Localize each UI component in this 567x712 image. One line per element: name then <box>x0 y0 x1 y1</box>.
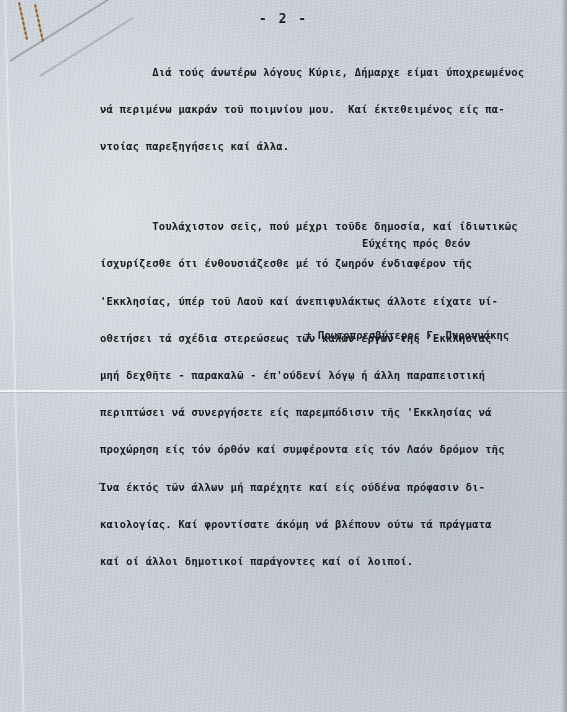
text-line: καιολογίας. Καί φροντίσατε άκόμη νά βλέπ… <box>100 519 562 531</box>
text-line: ντοίας παρεξηγήσεις καί άλλα. <box>100 141 562 153</box>
text-line: περιπτώσει νά συνεργήσετε είς παρεμπόδισ… <box>100 407 562 419</box>
text-line: καί οί άλλοι δημοτικοί παράγοντες καί οί… <box>100 556 562 568</box>
signature-name: Πρωτοπρεσβύτερος Γ. Πυρουνάκης <box>318 330 509 342</box>
text-line: Ίνα έκτός τῶν άλλων μή παρέχητε καί είς … <box>100 482 562 494</box>
text-line: Τουλάχιστον σεῖς, πού μέχρι τοῦδε δημοσί… <box>100 221 562 233</box>
text-line: Διά τούς άνωτέρω λόγους Κύριε, Δήμαρχε ε… <box>100 67 562 79</box>
paragraph-gap <box>100 178 562 196</box>
text-line: 'Εκκλησίας, ύπέρ τοῦ Λαοῦ καί άνεπιφυλάκ… <box>100 296 562 308</box>
text-line: μηή δεχθῆτε - παρακαλῶ - έπ'ούδενί λόγῳ … <box>100 370 562 382</box>
cross-icon: ✝ <box>306 330 312 342</box>
signature-block: ✝Πρωτοπρεσβύτερος Γ. Πυρουνάκης <box>280 318 509 354</box>
text-line: ίσχυρίζεσθε ότι ένθουσιάζεσθε μέ τό ζωηρ… <box>100 258 562 270</box>
scanned-letter-page: - 2 - Διά τούς άνωτέρω λόγους Κύριε, Δήμ… <box>0 0 567 712</box>
closing-salutation: Εύχέτης πρός Θεόν <box>362 238 470 250</box>
text-line: προχώρηση είς τόν όρθόν καί συμφέροντα ε… <box>100 444 562 456</box>
text-line: νά περιμένω μακράν τοῦ ποιμνίου μου. Καί… <box>100 104 562 116</box>
page-number: - 2 - <box>0 12 567 27</box>
paper-crease-left <box>4 0 25 712</box>
